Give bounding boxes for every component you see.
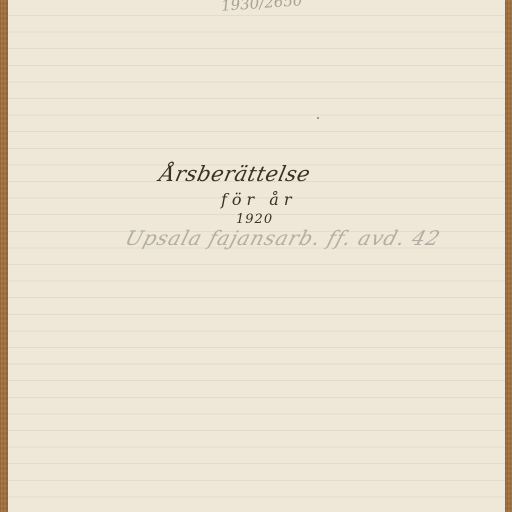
year: 1920 bbox=[236, 212, 273, 227]
for-year-label: för år bbox=[221, 190, 296, 209]
ink-speck bbox=[317, 117, 319, 119]
document-title: Årsberättelse bbox=[157, 162, 312, 186]
document-page: 1930/2650 Årsberättelse för år 1920 Upsa… bbox=[8, 0, 505, 512]
reference-number: 1930/2650 bbox=[220, 0, 302, 15]
organization-subtitle: Upsala fajansarb. ff. avd. 42 bbox=[123, 226, 444, 250]
